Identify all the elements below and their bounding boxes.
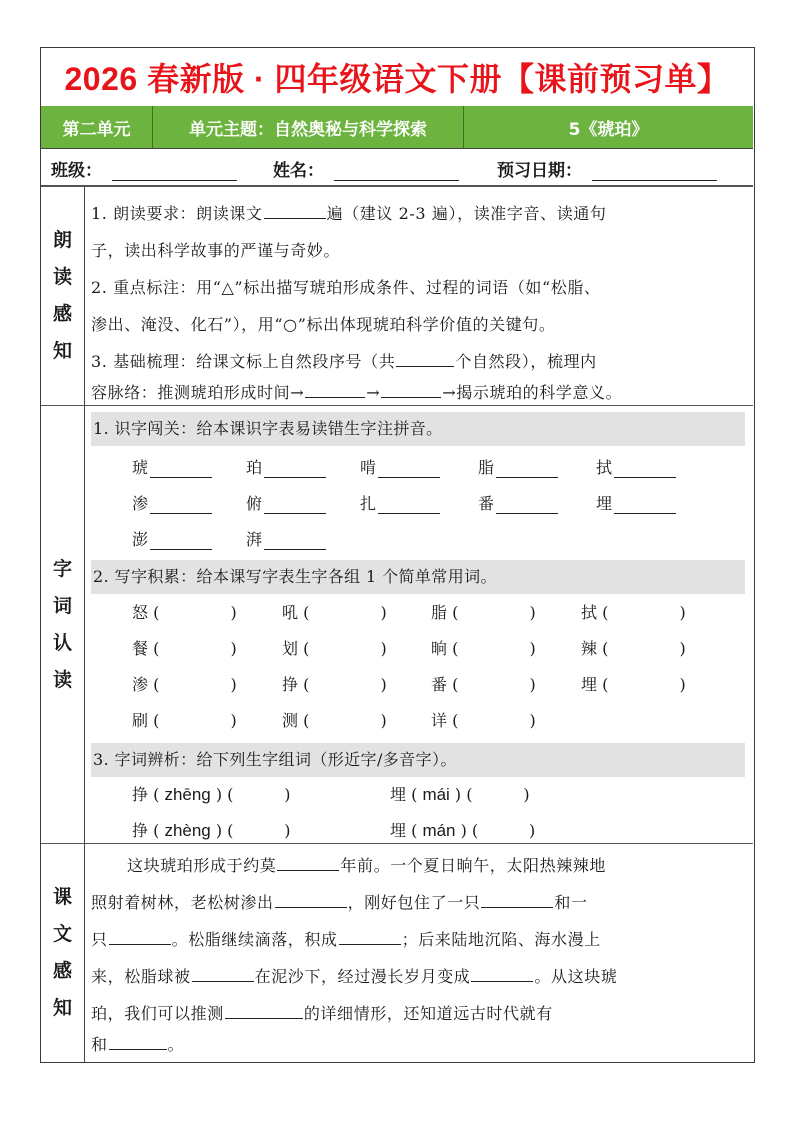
word-group-item[interactable]: 划 ( )	[282, 636, 387, 662]
preview-worksheet: 2026 春新版 · 四年级语文下册【课前预习单】 第二单元 单元主题：自然奥秘…	[40, 47, 755, 1063]
word-group-item[interactable]: 吼 ( )	[282, 600, 387, 626]
section-label-words: 字 词 认 读	[41, 406, 85, 843]
word-group-row-3: 渗 ( ) 挣 ( ) 番 ( ) 埋 ( )	[85, 672, 753, 708]
cloze-blank[interactable]	[109, 1033, 167, 1050]
reading-item-2: 2. 重点标注：用“△”标出描写琥珀形成条件、过程的词语（如“松脂、	[91, 269, 747, 306]
pinyin-item: 番	[478, 488, 558, 514]
pinyin-item: 珀	[246, 452, 326, 478]
pinyin-row-3: 澎 湃	[85, 524, 753, 560]
pinyin-item: 拭	[596, 452, 676, 478]
reading-item-3-cont: 容脉络：推测琥珀形成时间→→→揭示琥珀的科学意义。	[91, 380, 747, 406]
title-row: 2026 春新版 · 四年级语文下册【课前预习单】	[41, 48, 753, 107]
cloze-blank[interactable]	[339, 928, 401, 945]
pinyin-item: 渗	[132, 488, 212, 514]
polyphone-item[interactable]: 埋 ( mán ) ( )	[390, 818, 535, 844]
cloze-blank[interactable]	[277, 854, 339, 871]
name-field: 姓名：	[273, 156, 459, 181]
date-label: 预习日期：	[497, 156, 582, 181]
reading-item-3: 3. 基础梳理：给课文标上自然段序号（共个自然段），梳理内	[91, 343, 747, 380]
pinyin-blank[interactable]	[264, 457, 326, 478]
outline-blank-2[interactable]	[381, 381, 441, 398]
cloze-blank[interactable]	[275, 891, 347, 908]
section-text: 课 文 感 知 这块琥珀形成于约莫年前。一个夏日晌午，太阳热辣辣地 照射着树林，…	[41, 844, 753, 1062]
cloze-blank[interactable]	[192, 965, 254, 982]
word-group-item[interactable]: 刷 ( )	[132, 708, 237, 734]
pinyin-blank[interactable]	[264, 493, 326, 514]
word-group-item[interactable]: 渗 ( )	[132, 672, 237, 698]
section-words: 字 词 认 读 1. 识字闯关：给本课识字表易读错生字注拼音。 琥 珀 啃 脂 …	[41, 406, 753, 844]
polyphone-item[interactable]: 挣 ( zhēng ) ( )	[132, 782, 291, 808]
section-label-text: 课 文 感 知	[41, 844, 85, 1062]
pinyin-item: 啃	[360, 452, 440, 478]
pinyin-blank[interactable]	[150, 457, 212, 478]
pinyin-item: 埋	[596, 488, 676, 514]
cloze-line-6: 和。	[91, 1032, 747, 1058]
pinyin-item: 琥	[132, 452, 212, 478]
word-group-item[interactable]: 脂 ( )	[431, 600, 536, 626]
reading-item-2-cont: 渗出、淹没、化石”），用“○”标出体现琥珀科学价值的关键句。	[91, 306, 747, 343]
word-analysis-row-1: 挣 ( zhēng ) ( ) 埋 ( mái ) ( )	[85, 782, 753, 818]
cloze-line-3: 只。松脂继续滴落，积成；后来陆地沉陷、海水漫上	[91, 921, 747, 958]
name-label: 姓名：	[273, 156, 324, 181]
page-title: 2026 春新版 · 四年级语文下册【课前预习单】	[64, 54, 729, 100]
class-label: 班级：	[51, 156, 102, 181]
unit-theme: 单元主题：自然奥秘与科学探索	[153, 106, 464, 148]
cloze-blank[interactable]	[471, 965, 533, 982]
section-body-reading: 1. 朗读要求：朗读课文遍（建议 2-3 遍），读准字音、读通句 子，读出科学故…	[85, 187, 753, 405]
date-input[interactable]	[592, 160, 717, 181]
paragraph-count-blank[interactable]	[396, 350, 454, 367]
unit-banner: 第二单元 单元主题：自然奥秘与科学探索 5《琥珀》	[41, 106, 753, 149]
word-group-item[interactable]: 挣 ( )	[282, 672, 387, 698]
pinyin-row-2: 渗 俯 扎 番 埋	[85, 488, 753, 524]
pinyin-blank[interactable]	[614, 457, 676, 478]
word-group-row-1: 怒 ( ) 吼 ( ) 脂 ( ) 拭 ( )	[85, 600, 753, 636]
pinyin-blank[interactable]	[264, 529, 326, 550]
cloze-blank[interactable]	[225, 1002, 303, 1019]
pinyin-blank[interactable]	[378, 457, 440, 478]
outline-blank-1[interactable]	[305, 381, 365, 398]
read-times-blank[interactable]	[264, 202, 326, 219]
word-group-item[interactable]: 拭 ( )	[581, 600, 686, 626]
pinyin-blank[interactable]	[150, 493, 212, 514]
word-group-row-2: 餐 ( ) 划 ( ) 晌 ( ) 辣 ( )	[85, 636, 753, 672]
cloze-line-4: 来，松脂球被在泥沙下，经过漫长岁月变成。从这块琥	[91, 958, 747, 995]
pinyin-item: 扎	[360, 488, 440, 514]
word-group-task-heading: 2. 写字积累：给本课写字表生字各组 1 个简单常用词。	[91, 560, 745, 594]
section-body-text: 这块琥珀形成于约莫年前。一个夏日晌午，太阳热辣辣地 照射着树林，老松树渗出，刚好…	[85, 844, 753, 1062]
section-label-reading: 朗 读 感 知	[41, 187, 85, 405]
word-group-item[interactable]: 晌 ( )	[431, 636, 536, 662]
word-group-row-4: 刷 ( ) 测 ( ) 详 ( )	[85, 708, 753, 744]
lesson-title: 5《琥珀》	[464, 106, 753, 148]
pinyin-blank[interactable]	[150, 529, 212, 550]
cloze-line-5: 珀，我们可以推测的详细情形，还知道远古时代就有	[91, 995, 747, 1032]
word-analysis-task-heading: 3. 字词辨析：给下列生字组词（形近字/多音字）。	[91, 743, 745, 777]
pinyin-item: 澎	[132, 524, 212, 550]
unit-label: 第二单元	[41, 106, 153, 148]
reading-item-1: 1. 朗读要求：朗读课文遍（建议 2-3 遍），读准字音、读通句	[91, 195, 747, 232]
cloze-line-1: 这块琥珀形成于约莫年前。一个夏日晌午，太阳热辣辣地	[91, 847, 747, 884]
word-group-item[interactable]: 辣 ( )	[581, 636, 686, 662]
cloze-blank[interactable]	[109, 928, 171, 945]
polyphone-item[interactable]: 埋 ( mái ) ( )	[390, 782, 530, 808]
name-input[interactable]	[334, 160, 459, 181]
pinyin-blank[interactable]	[496, 493, 558, 514]
pinyin-blank[interactable]	[378, 493, 440, 514]
pinyin-item: 俯	[246, 488, 326, 514]
word-group-item[interactable]: 餐 ( )	[132, 636, 237, 662]
date-field: 预习日期：	[497, 156, 717, 181]
pinyin-task-heading: 1. 识字闯关：给本课识字表易读错生字注拼音。	[91, 412, 745, 446]
pinyin-row-1: 琥 珀 啃 脂 拭	[85, 452, 753, 488]
class-field: 班级：	[51, 156, 237, 181]
student-info-row: 班级： 姓名： 预习日期：	[41, 148, 753, 187]
pinyin-item: 湃	[246, 524, 326, 550]
word-group-item[interactable]: 埋 ( )	[581, 672, 686, 698]
reading-item-1-cont: 子，读出科学故事的严谨与奇妙。	[91, 232, 747, 269]
class-input[interactable]	[112, 160, 237, 181]
polyphone-item[interactable]: 挣 ( zhèng ) ( )	[132, 818, 291, 844]
word-group-item[interactable]: 详 ( )	[431, 708, 536, 734]
pinyin-item: 脂	[478, 452, 558, 478]
word-group-item[interactable]: 怒 ( )	[132, 600, 237, 626]
word-group-item[interactable]: 测 ( )	[282, 708, 387, 734]
word-group-item[interactable]: 番 ( )	[431, 672, 536, 698]
cloze-line-2: 照射着树林，老松树渗出，刚好包住了一只和一	[91, 884, 747, 921]
section-body-words: 1. 识字闯关：给本课识字表易读错生字注拼音。 琥 珀 啃 脂 拭 渗 俯 扎 …	[85, 406, 753, 843]
pinyin-blank[interactable]	[614, 493, 676, 514]
section-reading: 朗 读 感 知 1. 朗读要求：朗读课文遍（建议 2-3 遍），读准字音、读通句…	[41, 187, 753, 406]
pinyin-blank[interactable]	[496, 457, 558, 478]
cloze-blank[interactable]	[481, 891, 553, 908]
